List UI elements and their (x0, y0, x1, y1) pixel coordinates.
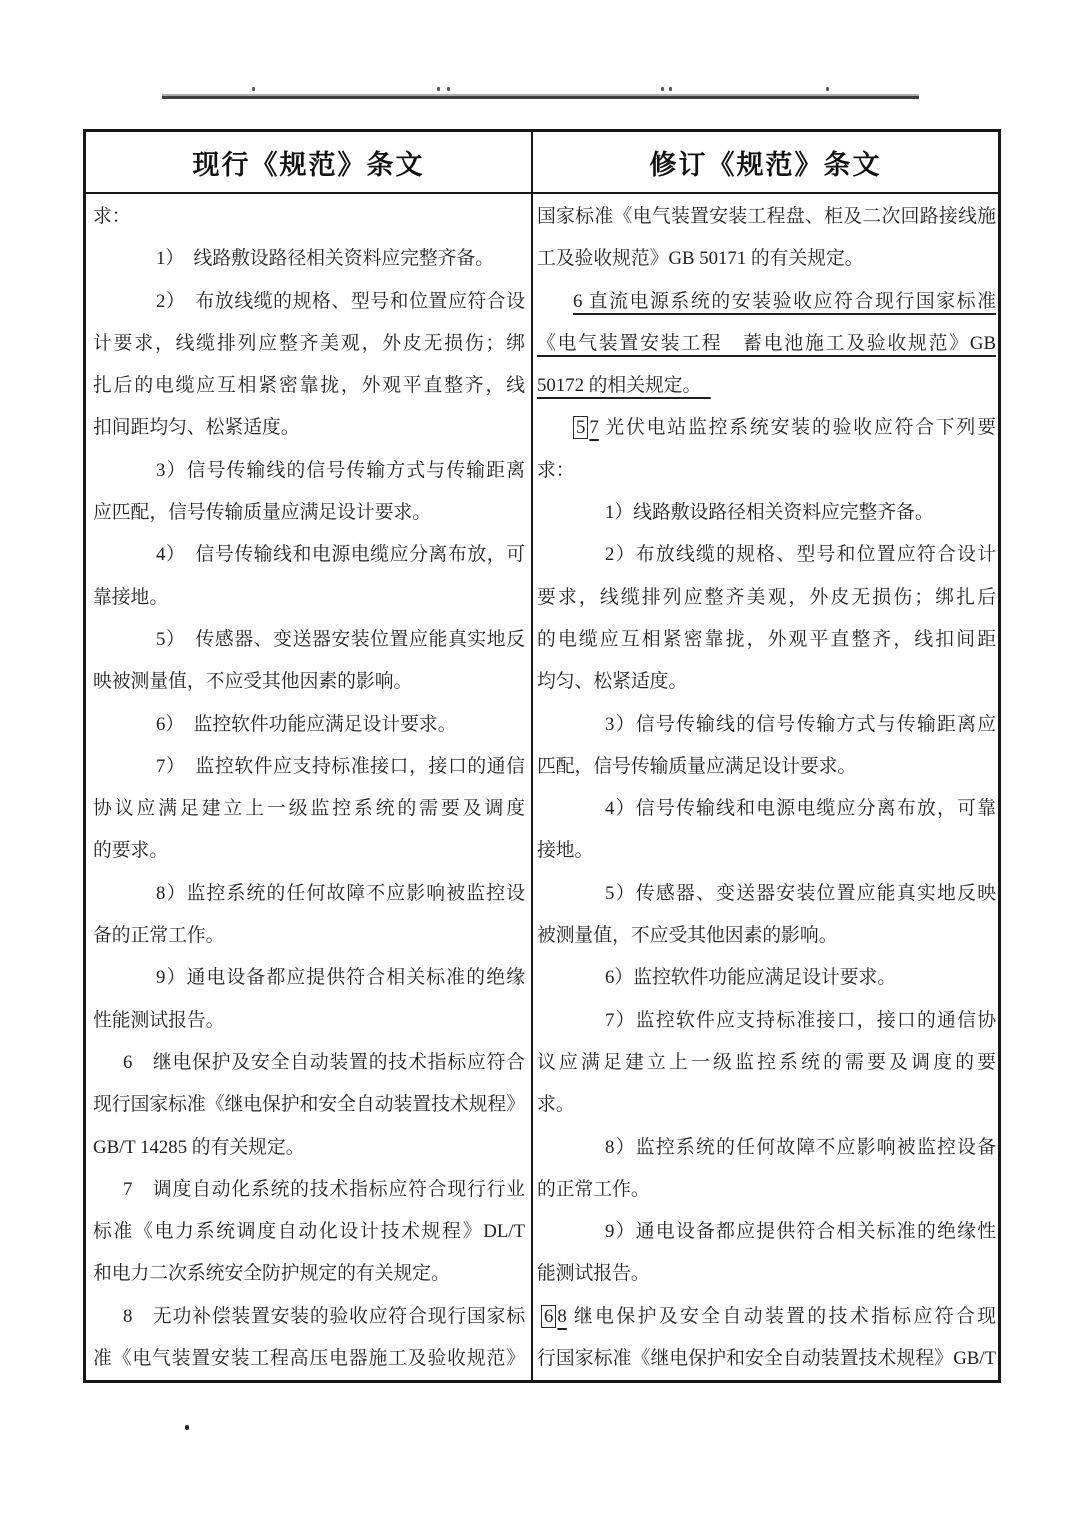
text-line: GB/T 14285 的有关规定。 (93, 1127, 525, 1169)
text-segment: 应匹配，信号传输质量应满足设计要求。 (93, 502, 431, 523)
text-line: 6）监控软件功能应满足设计要求。 (537, 957, 996, 999)
text-segment: 7） 监控软件应支持标准接口，接口的通信 (156, 756, 525, 777)
text-line: 现行国家标准《继电保护和安全自动装置技术规程》 (93, 1084, 525, 1126)
comparison-table: 现行《规范》条文 修订《规范》条文 求：1） 线路敷设路径相关资料应完整齐备。2… (83, 129, 1001, 1383)
inserted-text: 《电气装置安装工程 蓄电池施工及验收规范》GB (537, 333, 996, 354)
text-segment: 5） 传感器、变送器安装位置应能真实地反 (156, 629, 525, 650)
text-segment: 计要求，线缆排列应整齐美观，外皮无损伤；绑 (93, 333, 525, 354)
text-segment: 议应满足建立上一级监控系统的需要及调度的要 (537, 1052, 996, 1073)
inserted-text: 6 直流电源系统的安装验收应符合现行国家标准 (573, 291, 996, 312)
text-segment: 映被测量值，不应受其他因素的影响。 (93, 671, 412, 692)
text-line: 7）监控软件应支持标准接口，接口的通信协 (537, 1000, 996, 1042)
text-line: 5）传感器、变送器安装位置应能真实地反映 (537, 873, 996, 915)
text-segment: 9）通电设备都应提供符合相关标准的绝缘 (156, 967, 525, 988)
text-line: 3）信号传输线的信号传输方式与传输距离 (93, 450, 525, 492)
text-segment: 3）信号传输线的信号传输方式与传输距离应 (605, 714, 996, 735)
text-segment: 2） 布放线缆的规格、型号和位置应符合设 (156, 291, 525, 312)
text-line: 5） 传感器、变送器安装位置应能真实地反 (93, 619, 525, 661)
header-revised-clauses: 修订《规范》条文 (533, 132, 998, 192)
text-segment: 4）信号传输线和电源电缆应分离布放，可靠 (605, 798, 996, 819)
text-segment: 行国家标准《继电保护和安全自动装置技术规程》GB/T (537, 1348, 996, 1369)
text-segment: 的电缆应互相紧密靠拢，外观平直整齐，线扣间距 (537, 629, 996, 650)
text-line: 2） 布放线缆的规格、型号和位置应符合设 (93, 281, 525, 323)
text-line: 7） 监控软件应支持标准接口，接口的通信 (93, 746, 525, 788)
text-segment: 被测量值，不应受其他因素的影响。 (537, 925, 838, 946)
text-line: 备的正常工作。 (93, 915, 525, 957)
text-segment: 国家标准《电气装置安装工程盘、柜及二次回路接线施 (537, 206, 996, 227)
text-line: 6） 监控软件功能应满足设计要求。 (93, 704, 525, 746)
text-line: 求。 (537, 1084, 996, 1126)
text-line: 要求，线缆排列应整齐美观，外皮无损伤；绑扎后 (537, 577, 996, 619)
text-segment: 的要求。 (93, 840, 168, 861)
text-line: 1）线路敷设路径相关资料应完整齐备。 (537, 492, 996, 534)
page-header-rule (162, 94, 919, 99)
stray-period-artifact (185, 1425, 189, 1430)
inserted-text: 7 (589, 417, 598, 438)
scan-artifact-dot (447, 87, 450, 91)
text-line: 68 继电保护及安全自动装置的技术指标应符合现 (537, 1296, 996, 1338)
text-segment: 8 无功补偿装置安装的验收应符合现行国家标 (123, 1306, 525, 1327)
text-line: 工及验收规范》GB 50171 的有关规定。 (537, 238, 996, 280)
text-line: 靠接地。 (93, 577, 525, 619)
text-segment: 4） 信号传输线和电源电缆应分离布放，可 (156, 544, 525, 565)
header-current-clauses: 现行《规范》条文 (86, 132, 533, 192)
text-line: 1） 线路敷设路径相关资料应完整齐备。 (93, 238, 525, 280)
text-line: 9）通电设备都应提供符合相关标准的绝缘性 (537, 1211, 996, 1253)
inserted-text: 50172 的相关规定。 (537, 375, 711, 396)
text-line: 的要求。 (93, 830, 525, 872)
text-segment: 7）监控软件应支持标准接口，接口的通信协 (605, 1010, 996, 1031)
text-segment: 准《电气装置安装工程高压电器施工及验收规范》 (93, 1348, 525, 1369)
text-line: 的电缆应互相紧密靠拢，外观平直整齐，线扣间距 (537, 619, 996, 661)
text-segment: 备的正常工作。 (93, 925, 224, 946)
text-line: 8 无功补偿装置安装的验收应符合现行国家标 (93, 1296, 525, 1338)
text-segment: 6） 监控软件功能应满足设计要求。 (156, 714, 457, 735)
text-segment: 5）传感器、变送器安装位置应能真实地反映 (605, 883, 996, 904)
document-page: 现行《规范》条文 修订《规范》条文 求：1） 线路敷设路径相关资料应完整齐备。2… (0, 0, 1080, 1528)
text-line: 6 继电保护及安全自动装置的技术指标应符合 (93, 1042, 525, 1084)
scan-artifact-dot (661, 87, 664, 91)
text-segment: 接地。 (537, 840, 593, 861)
text-line: 和电力二次系统安全防护规定的有关规定。 (93, 1253, 525, 1295)
text-line: 求： (537, 450, 996, 492)
deleted-number-mark: 6 (541, 1305, 556, 1328)
text-line: 匹配，信号传输质量应满足设计要求。 (537, 746, 996, 788)
text-segment: 光伏电站监控系统安装的验收应符合下列要 (599, 417, 996, 438)
text-line: 求： (93, 196, 525, 238)
text-segment: 匹配，信号传输质量应满足设计要求。 (537, 756, 856, 777)
column-revised-clauses: 国家标准《电气装置安装工程盘、柜及二次回路接线施工及验收规范》GB 50171 … (533, 194, 998, 1380)
text-segment: 和电力二次系统安全防护规定的有关规定。 (93, 1263, 450, 1284)
text-segment: 性能测试报告。 (93, 1010, 224, 1031)
deleted-number-mark: 5 (573, 416, 588, 439)
text-line: 《电气装置安装工程 蓄电池施工及验收规范》GB (537, 323, 996, 365)
text-segment: 9）通电设备都应提供符合相关标准的绝缘性 (605, 1221, 996, 1242)
text-line: 9）通电设备都应提供符合相关标准的绝缘 (93, 957, 525, 999)
text-line: 的正常工作。 (537, 1169, 996, 1211)
text-segment: 标准《电力系统调度自动化设计技术规程》DL/T 5003 (93, 1221, 525, 1253)
text-line: 扣间距均匀、松紧适度。 (93, 407, 525, 449)
text-segment: 扎后的电缆应互相紧密靠拢，外观平直整齐，线 (93, 375, 525, 396)
text-line: 57 光伏电站监控系统安装的验收应符合下列要 (537, 407, 996, 449)
text-segment: 求。 (537, 1094, 575, 1115)
text-segment: 1）线路敷设路径相关资料应完整齐备。 (605, 502, 934, 523)
text-segment: 6 继电保护及安全自动装置的技术指标应符合 (123, 1052, 525, 1073)
scan-artifact-dot (437, 87, 440, 91)
text-line: 协议应满足建立上一级监控系统的需要及调度 (93, 788, 525, 830)
text-line: 4）信号传输线和电源电缆应分离布放，可靠 (537, 788, 996, 830)
text-segment: 靠接地。 (93, 587, 168, 608)
text-segment: 扣间距均匀、松紧适度。 (93, 417, 300, 438)
table-header-row: 现行《规范》条文 修订《规范》条文 (86, 132, 998, 194)
text-line: 8）监控系统的任何故障不应影响被监控设 (93, 873, 525, 915)
inserted-text: 8 (557, 1306, 566, 1327)
text-segment: 3）信号传输线的信号传输方式与传输距离 (156, 460, 525, 481)
text-line: 映被测量值，不应受其他因素的影响。 (93, 661, 525, 703)
text-segment: GB/T 14285 的有关规定。 (93, 1137, 304, 1158)
column-current-clauses: 求：1） 线路敷设路径相关资料应完整齐备。2） 布放线缆的规格、型号和位置应符合… (86, 194, 533, 1380)
table-body-row: 求：1） 线路敷设路径相关资料应完整齐备。2） 布放线缆的规格、型号和位置应符合… (86, 194, 998, 1380)
text-segment: 能测试报告。 (537, 1263, 650, 1284)
scan-artifact-dot (252, 87, 255, 91)
text-line: 性能测试报告。 (93, 1000, 525, 1042)
text-line: 扎后的电缆应互相紧密靠拢，外观平直整齐，线 (93, 365, 525, 407)
text-line: 行国家标准《继电保护和安全自动装置技术规程》GB/T (537, 1338, 996, 1380)
text-line: 均匀、松紧适度。 (537, 661, 996, 703)
scan-artifact-dot (669, 87, 672, 91)
text-line: 计要求，线缆排列应整齐美观，外皮无损伤；绑 (93, 323, 525, 365)
scan-artifact-dot (826, 87, 829, 91)
text-line: 7 调度自动化系统的技术指标应符合现行行业 (93, 1169, 525, 1211)
text-line: 50172 的相关规定。 (537, 365, 996, 407)
text-line: 应匹配，信号传输质量应满足设计要求。 (93, 492, 525, 534)
text-line: 标准《电力系统调度自动化设计技术规程》DL/T 5003 (93, 1211, 525, 1253)
text-line: 能测试报告。 (537, 1253, 996, 1295)
text-segment: 要求，线缆排列应整齐美观，外皮无损伤；绑扎后 (537, 587, 996, 608)
text-line: 议应满足建立上一级监控系统的需要及调度的要 (537, 1042, 996, 1084)
text-segment: 1） 线路敷设路径相关资料应完整齐备。 (156, 248, 494, 269)
text-segment: 求： (537, 460, 575, 481)
text-line: 被测量值，不应受其他因素的影响。 (537, 915, 996, 957)
text-segment: 的正常工作。 (537, 1179, 650, 1200)
text-segment: 7 调度自动化系统的技术指标应符合现行行业 (123, 1179, 525, 1200)
text-line: 8）监控系统的任何故障不应影响被监控设备 (537, 1127, 996, 1169)
text-line: 4） 信号传输线和电源电缆应分离布放，可 (93, 534, 525, 576)
text-line: 3）信号传输线的信号传输方式与传输距离应 (537, 704, 996, 746)
text-segment: 工及验收规范》GB 50171 的有关规定。 (537, 248, 864, 269)
text-segment: 求： (93, 206, 131, 227)
text-segment: 8）监控系统的任何故障不应影响被监控设备 (605, 1137, 996, 1158)
text-line: 6 直流电源系统的安装验收应符合现行国家标准 (537, 281, 996, 323)
text-segment: 6）监控软件功能应满足设计要求。 (605, 967, 896, 988)
text-segment: 均匀、松紧适度。 (537, 671, 687, 692)
text-line: 接地。 (537, 830, 996, 872)
text-line: 准《电气装置安装工程高压电器施工及验收规范》 (93, 1338, 525, 1380)
text-segment: 现行国家标准《继电保护和安全自动装置技术规程》 (93, 1094, 525, 1115)
text-line: 国家标准《电气装置安装工程盘、柜及二次回路接线施 (537, 196, 996, 238)
text-segment: 协议应满足建立上一级监控系统的需要及调度 (93, 798, 525, 819)
text-line: 2）布放线缆的规格、型号和位置应符合设计 (537, 534, 996, 576)
text-segment: 8）监控系统的任何故障不应影响被监控设 (156, 883, 525, 904)
text-segment: 继电保护及安全自动装置的技术指标应符合现 (567, 1306, 996, 1327)
text-segment: 2）布放线缆的规格、型号和位置应符合设计 (605, 544, 996, 565)
